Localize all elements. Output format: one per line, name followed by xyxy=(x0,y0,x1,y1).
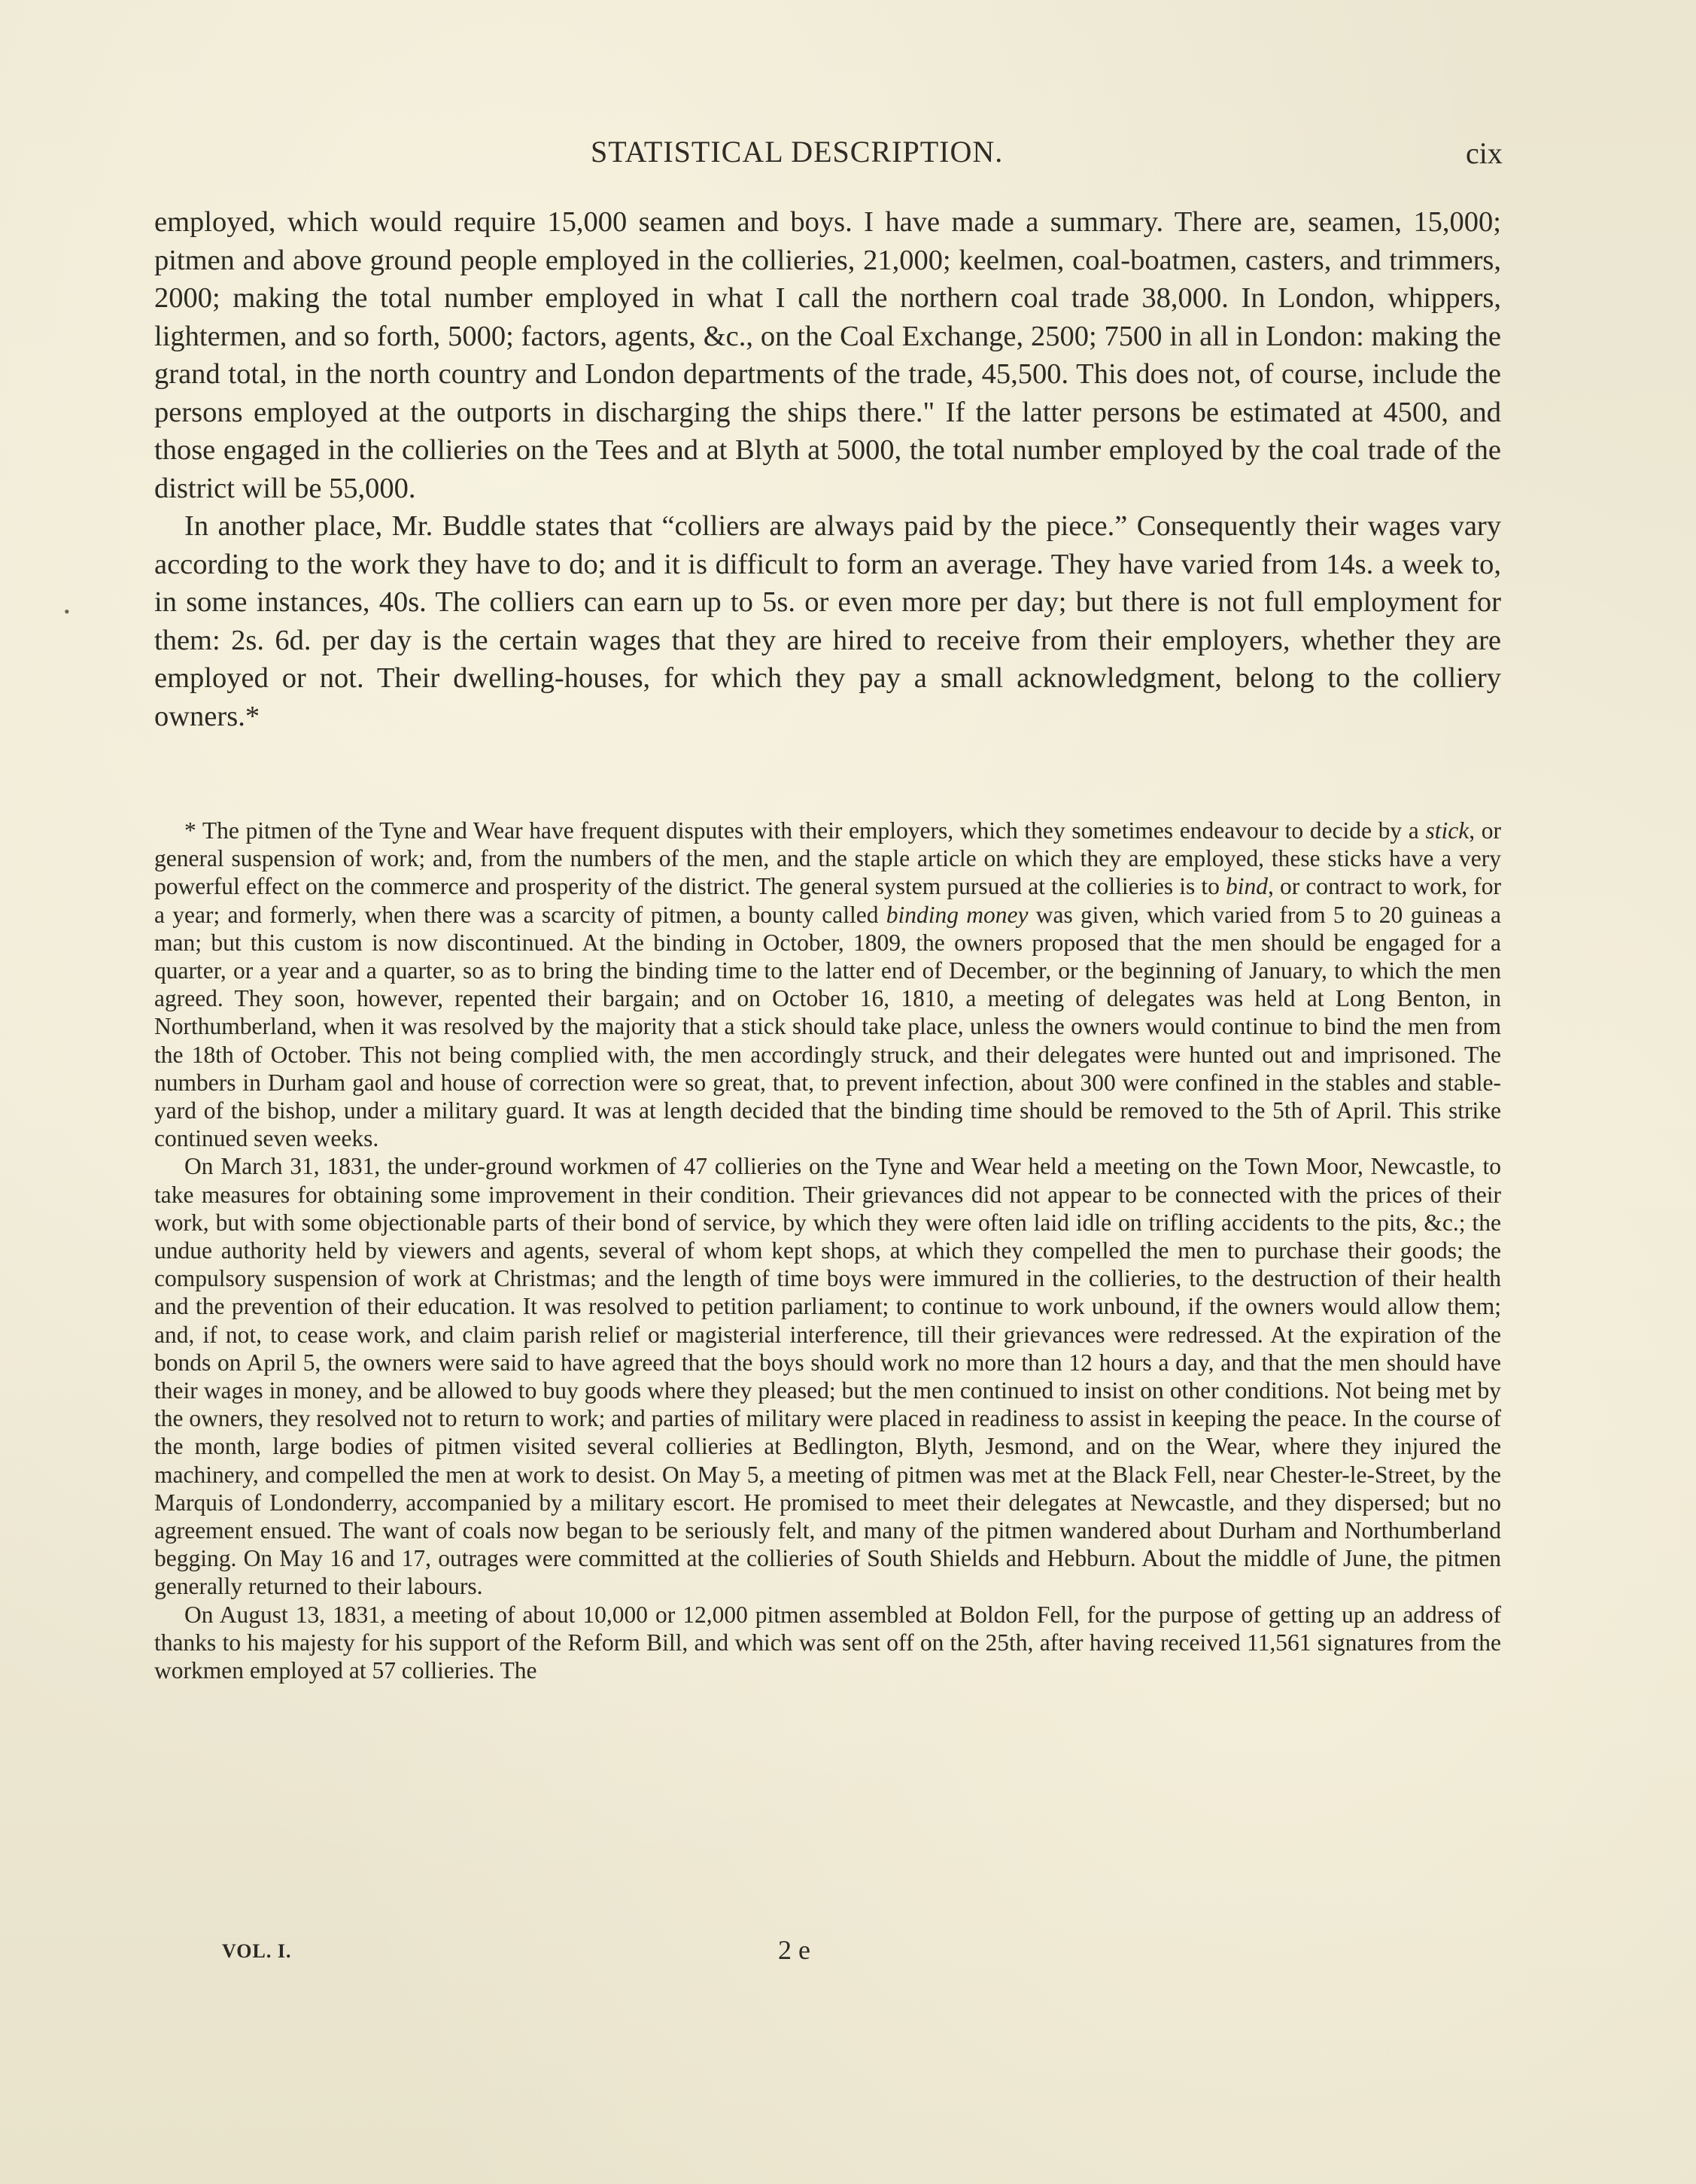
footnote-paragraph: On August 13, 1831, a meeting of about 1… xyxy=(154,1601,1501,1685)
main-text: employed, which would require 15,000 sea… xyxy=(154,203,1501,735)
footnote-paragraph: On March 31, 1831, the under-ground work… xyxy=(154,1152,1501,1600)
footnote-italic-term: binding money xyxy=(886,902,1029,928)
footnote-block: * The pitmen of the Tyne and Wear have f… xyxy=(154,817,1501,1684)
paragraph: employed, which would require 15,000 sea… xyxy=(154,203,1501,507)
running-head: STATISTICAL DESCRIPTION. xyxy=(591,134,1003,169)
footnote-text: * The pitmen of the Tyne and Wear have f… xyxy=(184,817,1425,844)
margin-mark: • xyxy=(64,602,70,622)
page-number: cix xyxy=(1466,135,1503,171)
paragraph: In another place, Mr. Buddle states that… xyxy=(154,507,1501,735)
footnote-paragraph: * The pitmen of the Tyne and Wear have f… xyxy=(154,817,1501,1152)
footnote-text: was given, which varied from 5 to 20 gui… xyxy=(154,902,1501,1152)
footnote-italic-term: stick xyxy=(1425,817,1469,844)
footnote-italic-term: bind xyxy=(1226,873,1268,899)
signature-mark: 2 e xyxy=(778,1934,810,1966)
volume-label: VOL. I. xyxy=(222,1940,291,1963)
